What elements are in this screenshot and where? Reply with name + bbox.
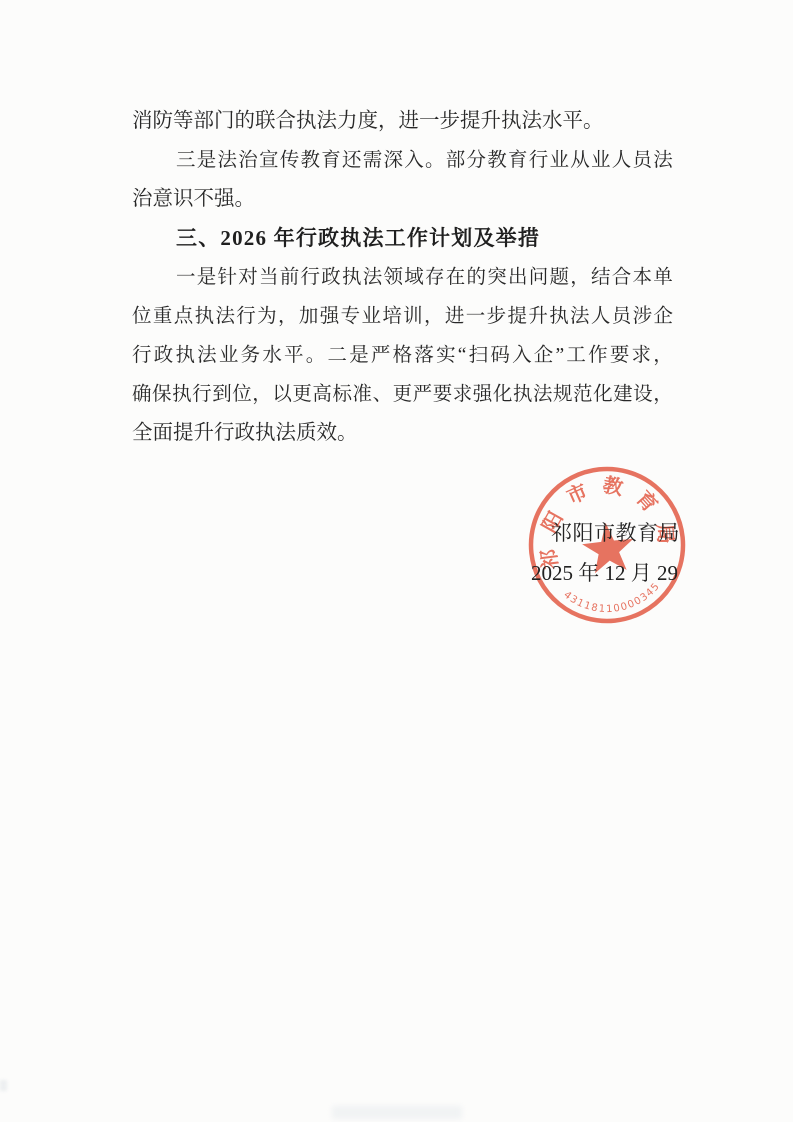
signature-date: 2025 年 12 月 29 (531, 560, 678, 586)
signature-agency: 祁阳市教育局 (551, 520, 680, 546)
body-line-3: 治意识不强。 (132, 180, 673, 219)
body-line-7: 行政执法业务水平。二是严格落实“扫码入企”工作要求， (132, 336, 673, 375)
body-line-1: 消防等部门的联合执法力度，进一步提升执法水平。 (132, 102, 673, 141)
document-body: 消防等部门的联合执法力度，进一步提升执法水平。 三是法治宣传教育还需深入。部分教… (132, 102, 673, 453)
body-line-2: 三是法治宣传教育还需深入。部分教育行业从业人员法 (132, 141, 673, 180)
body-line-8: 确保执行到位，以更高标准、更严要求强化执法规范化建设， (132, 375, 673, 414)
scanned-document-page: 消防等部门的联合执法力度，进一步提升执法水平。 三是法治宣传教育还需深入。部分教… (0, 0, 793, 1122)
scan-smudge-left (0, 1080, 7, 1091)
scan-smudge-bottom (332, 1106, 462, 1119)
body-line-9: 全面提升行政执法质效。 (132, 414, 673, 453)
body-line-5: 一是针对当前行政执法领域存在的突出问题，结合本单 (132, 258, 673, 297)
body-line-6: 位重点执法行为，加强专业培训，进一步提升执法人员涉企 (132, 297, 673, 336)
section-heading: 三、2026 年行政执法工作计划及举措 (132, 219, 673, 258)
